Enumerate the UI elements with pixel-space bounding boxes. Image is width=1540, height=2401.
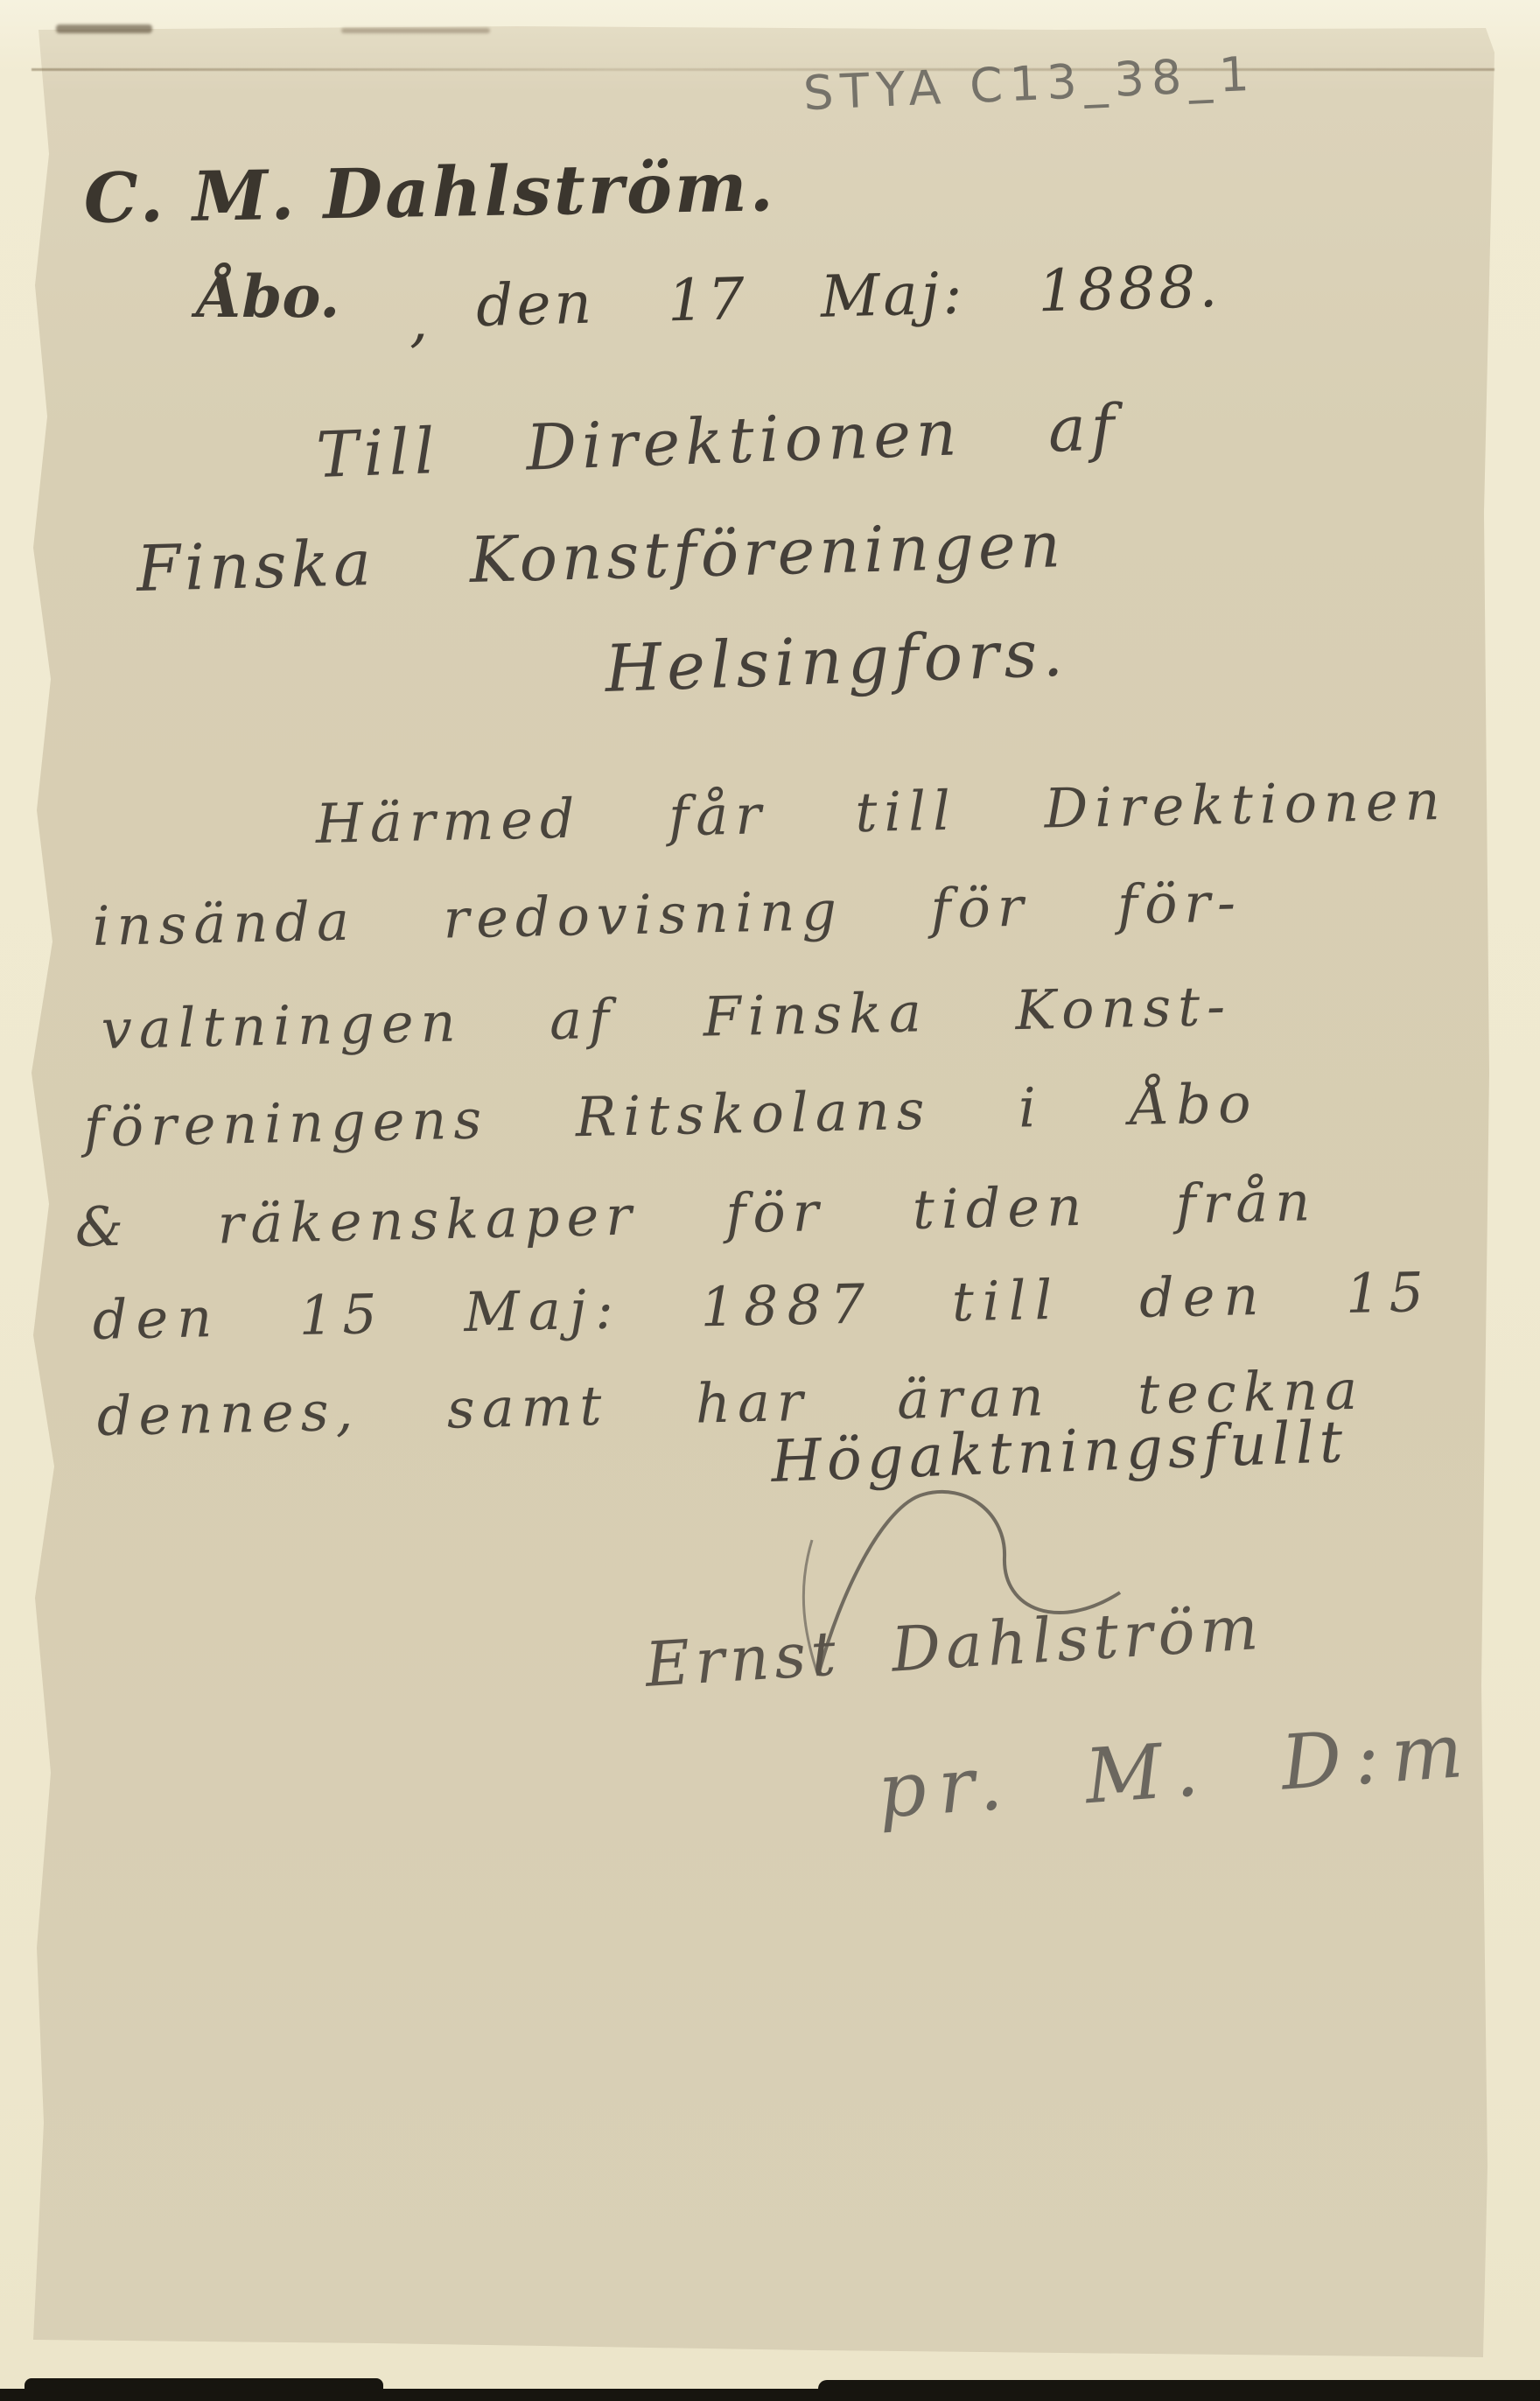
scanner-edge-left bbox=[24, 2378, 383, 2401]
ink-smudge-top-left bbox=[56, 24, 152, 33]
scanned-letter-page: STYA C13_38_1 C. M. Dahlström. Åbo. , de… bbox=[0, 0, 1540, 2401]
fold-crease bbox=[31, 68, 1494, 71]
ink-smudge-top-center bbox=[341, 28, 490, 33]
dateline-date: den 17 Maj: 1888. bbox=[475, 253, 1221, 339]
letterhead-name: C. M. Dahlström. bbox=[83, 147, 776, 239]
dateline: Åbo. , den 17 Maj: 1888. bbox=[197, 262, 1221, 331]
dateline-place: Åbo. bbox=[197, 262, 339, 331]
dateline-comma: , bbox=[409, 287, 428, 354]
scanner-edge-right bbox=[818, 2380, 1540, 2401]
